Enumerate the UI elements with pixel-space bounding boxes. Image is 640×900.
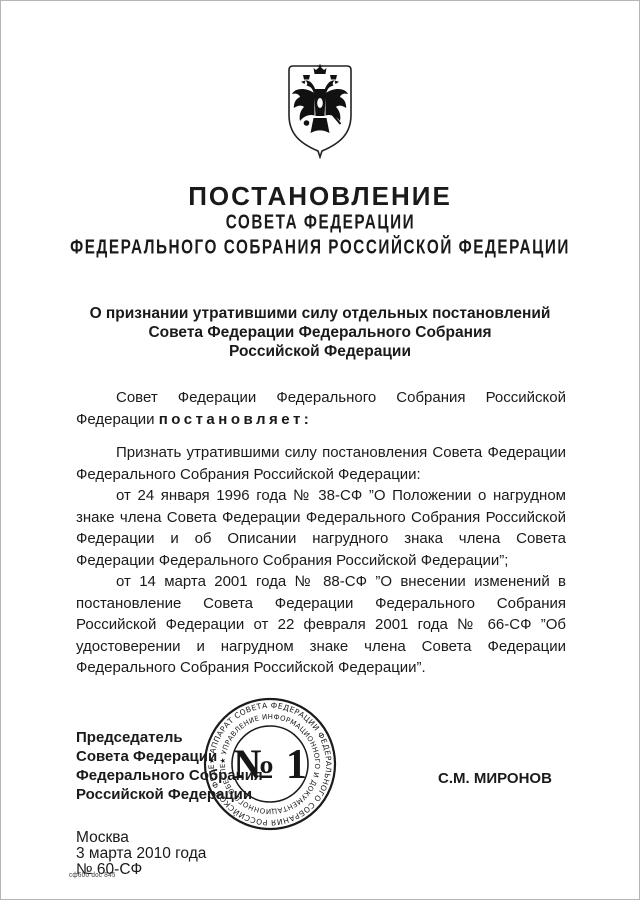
subject-line: Российской Федерации [1, 342, 639, 361]
signer-name: С.М. МИРОНОВ [438, 770, 552, 787]
intro-text: Совет Федерации Федерального Собрания Ро… [76, 389, 566, 428]
round-stamp: ★ АППАРАТ СОВЕТА ФЕДЕРАЦИИ ФЕДЕРАЛЬНОГО … [199, 693, 341, 835]
document-page: ПОСТАНОВЛЕНИЕ СОВЕТА ФЕДЕРАЦИИ ФЕДЕРАЛЬН… [0, 0, 640, 900]
issue-info: Москва 3 марта 2010 года № 60-СФ [76, 830, 206, 878]
body-paragraph: от 24 января 1996 года № 38-СФ ”О Положе… [76, 485, 566, 571]
document-subject: О признании утратившими силу отдельных п… [1, 304, 639, 361]
body-paragraph: Признать утратившими силу постановления … [76, 442, 566, 485]
issue-date: 3 марта 2010 года [76, 846, 206, 862]
resolution-verb: постановляет: [159, 411, 313, 428]
coat-of-arms-icon [283, 63, 357, 159]
eagle-chest-shield [317, 98, 323, 108]
org-name-line2: ФЕДЕРАЛЬНОГО СОБРАНИЯ РОССИЙСКОЙ ФЕДЕРАЦ… [1, 237, 639, 258]
subject-line: О признании утратившими силу отдельных п… [1, 304, 639, 323]
stamp-number: № 1 [233, 742, 307, 788]
issue-city: Москва [76, 830, 206, 846]
body-paragraph: от 14 марта 2001 года № 88-СФ ”О внесени… [76, 571, 566, 679]
document-body: Совет Федерации Федерального Собрания Ро… [76, 387, 566, 679]
org-name-line1: СОВЕТА ФЕДЕРАЦИИ [1, 212, 639, 233]
footer-note: сф60б doc 845 [69, 872, 116, 879]
document-title: ПОСТАНОВЛЕНИЕ [1, 181, 639, 212]
intro-paragraph: Совет Федерации Федерального Собрания Ро… [76, 387, 566, 430]
subject-line: Совета Федерации Федерального Собрания [1, 323, 639, 342]
